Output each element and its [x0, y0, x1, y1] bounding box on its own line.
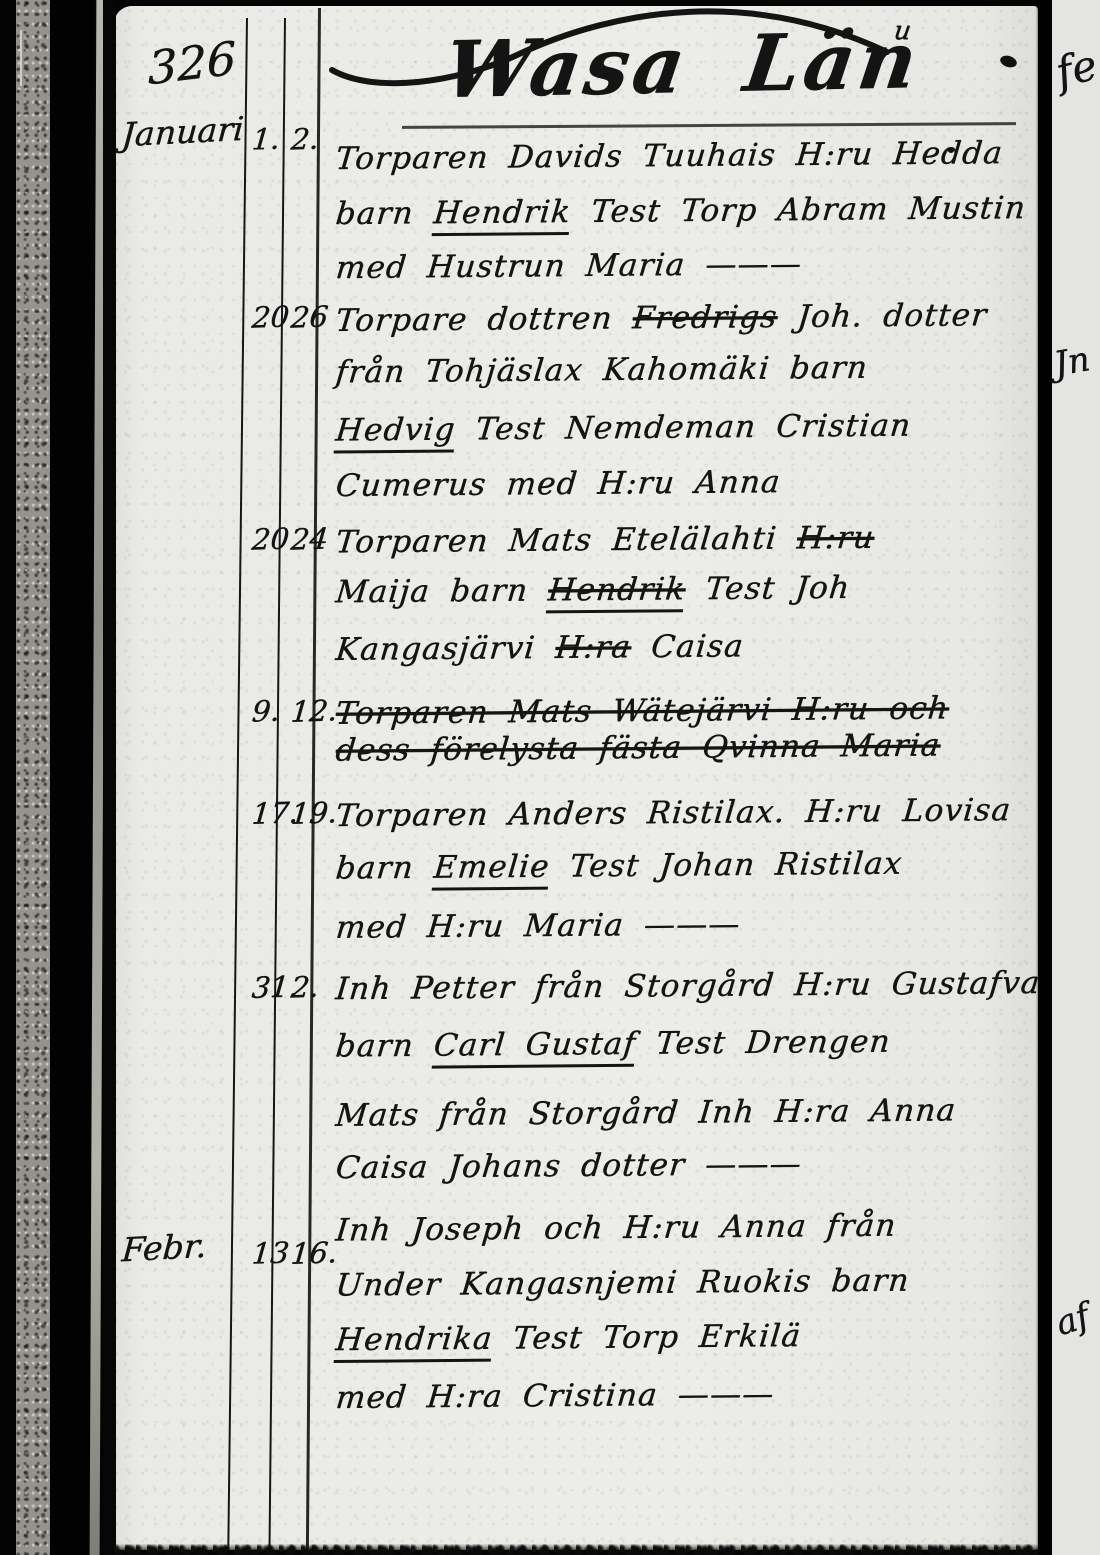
- text-segment: Torparen Mats Wätejärvi H:ru och: [334, 690, 951, 731]
- text-segment: Maija barn: [334, 572, 550, 610]
- page-bottom-edge: [114, 1534, 1038, 1555]
- text-segment: H:ra: [554, 629, 633, 666]
- text-segment: Fredrigs: [631, 299, 779, 336]
- entry-6-line-1: Inh Petter från Storgård H:ru Gustafva: [334, 965, 1042, 1007]
- next-page-text-fragment: Jn: [1052, 339, 1093, 385]
- entry-6-line-3: Mats från Storgård Inh H:ra Anna: [334, 1092, 958, 1133]
- entry-3-line-2: Maija barn Hendrik Test Joh: [334, 570, 852, 610]
- text-segment: med H:ru Maria ———: [334, 906, 742, 946]
- date-first-column: 9.: [250, 694, 281, 729]
- text-segment: Torparen Anders Ristilax. H:ru Lovisa: [334, 792, 1013, 834]
- ink-blot: [948, 148, 954, 153]
- entry-2-line-3: Hedvig Test Nemdeman Cristian: [334, 407, 913, 448]
- text-segment: Test Drengen: [634, 1024, 892, 1062]
- text-segment: Inh Joseph och H:ru Anna från: [334, 1208, 898, 1249]
- text-segment: barn: [334, 195, 436, 232]
- text-segment: Test Johan Ristilax: [548, 846, 904, 885]
- entry-5-line-2: barn Emelie Test Johan Ristilax: [334, 846, 904, 887]
- month-label: Febr.: [120, 1226, 208, 1269]
- text-segment: Test Joh: [684, 570, 852, 607]
- date-second-column: 16.: [289, 1235, 338, 1271]
- entry-7-line-1: Inh Joseph och H:ru Anna från: [334, 1208, 898, 1249]
- entry-2-line-2: från Tohjäslax Kahomäki barn: [334, 350, 870, 391]
- month-label: Januari: [120, 109, 245, 154]
- text-segment: från Tohjäslax Kahomäki barn: [334, 350, 870, 391]
- entry-3-line-3: Kangasjärvi H:ra Caisa: [334, 628, 745, 668]
- date-first-column: 20: [250, 299, 290, 334]
- book-edge-highlight: [20, 30, 22, 86]
- entry-4-line-1: Torparen Mats Wätejärvi H:ru och: [334, 690, 951, 731]
- page-paper: [114, 6, 1038, 1550]
- text-segment: Caisa Johans dotter ———: [334, 1146, 804, 1186]
- next-page-sliver: feJnaf: [1052, 0, 1100, 1555]
- text-segment: Test Torp Erkilä: [491, 1318, 803, 1357]
- text-segment: Torparen Davids Tuuhais H:ru Hedda: [334, 135, 1005, 177]
- book-edge-shadow-band: [50, 0, 94, 1555]
- entry-1-line-3: med Hustrun Maria ———: [334, 246, 804, 286]
- date-second-column: 2.: [289, 970, 320, 1005]
- text-segment: Torpare dottren: [334, 300, 634, 339]
- entry-6-line-2: barn Carl Gustaf Test Drengen: [334, 1024, 892, 1065]
- text-segment: H:ru: [795, 520, 876, 557]
- text-segment: Hedvig: [334, 411, 458, 453]
- entry-2-line-4: Cumerus med H:ru Anna: [334, 464, 782, 504]
- date-second-column: 12.: [289, 693, 338, 729]
- text-segment: Hendrika: [334, 1321, 495, 1363]
- date-second-column: 26: [289, 299, 329, 334]
- text-segment: Under Kangasnjemi Ruokis barn: [334, 1262, 911, 1303]
- entry-7-line-4: med H:ra Cristina ———: [334, 1376, 776, 1416]
- text-segment: barn: [334, 1028, 436, 1065]
- book-edge-gap: [103, 0, 116, 1555]
- date-second-column: 24: [289, 521, 329, 556]
- text-segment: Hendrik: [546, 571, 687, 613]
- entry-7-line-3: Hendrika Test Torp Erkilä: [334, 1318, 803, 1358]
- entry-1-line-1: Torparen Davids Tuuhais H:ru Hedda: [334, 135, 1005, 177]
- text-segment: Carl Gustaf: [432, 1026, 638, 1069]
- scanned-register-page: 326 Wasa Län u Januari1.2.Torparen David…: [0, 0, 1100, 1555]
- text-segment: dess förelysta fästa Qvinna Maria: [334, 727, 942, 768]
- next-page-text-fragment: af: [1052, 1296, 1094, 1344]
- text-segment: Cumerus med H:ru Anna: [334, 464, 782, 504]
- entry-6-line-4: Caisa Johans dotter ———: [334, 1146, 804, 1186]
- text-segment: Torparen Mats Etelälahti: [334, 520, 799, 560]
- text-segment: barn: [334, 850, 436, 887]
- text-segment: Joh. dotter: [776, 297, 989, 335]
- text-segment: med H:ra Cristina ———: [334, 1376, 776, 1416]
- entry-1-line-2: barn Hendrik Test Torp Abram Mustin: [334, 190, 1028, 232]
- text-segment: Mats från Storgård Inh H:ra Anna: [334, 1092, 958, 1133]
- text-segment: Test Nemdeman Cristian: [454, 407, 913, 447]
- text-segment: Test Torp Abram Mustin: [569, 190, 1027, 230]
- date-first-column: 20: [250, 521, 290, 556]
- next-page-text-fragment: fe: [1052, 40, 1100, 97]
- entry-4-line-2: dess förelysta fästa Qvinna Maria: [334, 727, 942, 768]
- text-segment: med Hustrun Maria ———: [334, 246, 804, 286]
- date-first-column: 13: [250, 1235, 290, 1270]
- text-segment: Kangasjärvi: [334, 630, 557, 668]
- text-segment: Caisa: [629, 628, 745, 665]
- entry-7-line-2: Under Kangasnjemi Ruokis barn: [334, 1262, 911, 1303]
- book-edge-mottled-band: [16, 0, 50, 1555]
- entry-3-line-1: Torparen Mats Etelälahti H:ru: [334, 520, 876, 561]
- text-segment: Inh Petter från Storgård H:ru Gustafva: [334, 965, 1042, 1007]
- page-number: 326: [147, 31, 236, 95]
- text-segment: Emelie: [432, 849, 552, 891]
- entry-5-line-1: Torparen Anders Ristilax. H:ru Lovisa: [334, 792, 1013, 834]
- entry-5-line-3: med H:ru Maria ———: [334, 906, 742, 946]
- text-segment: Hendrik: [432, 194, 573, 236]
- date-second-column: 19.: [289, 795, 338, 831]
- page-title: Wasa Län: [439, 15, 926, 116]
- entry-2-line-1: Torpare dottren Fredrigs Joh. dotter: [334, 297, 989, 339]
- date-first-column: 1.: [250, 122, 281, 157]
- date-second-column: 2.: [289, 122, 320, 157]
